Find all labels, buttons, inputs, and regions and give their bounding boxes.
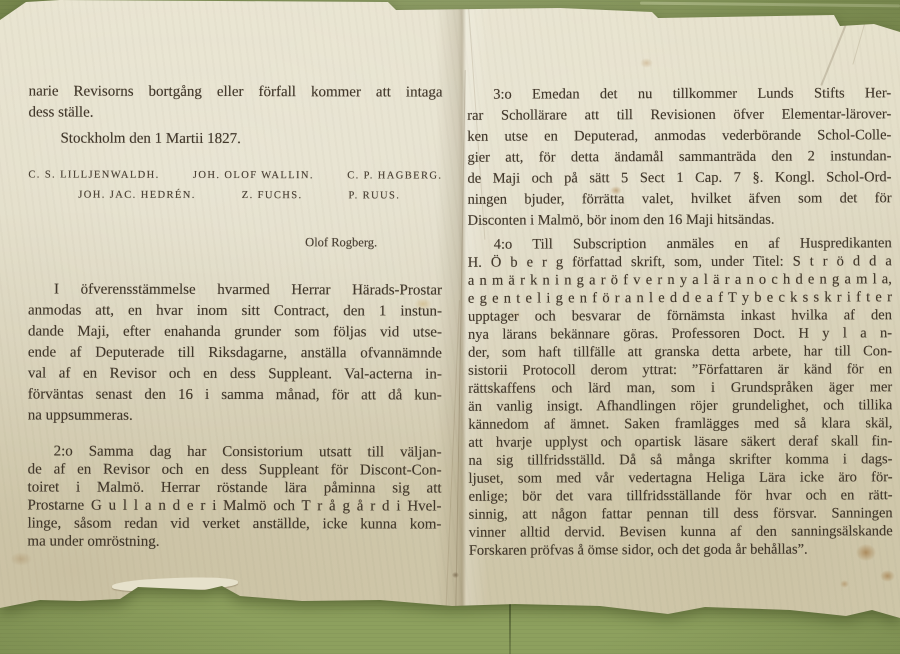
text-line: na uppsummeras. — [28, 405, 442, 427]
paragraph-continuation: narie Revisorns bortgång eller förfall k… — [29, 81, 443, 124]
signature-name: C. P. HAGBERG. — [347, 170, 442, 181]
text-line: 4:o Till Subscription anmäles en af Husp… — [468, 234, 892, 253]
text-line: kännedom af ämnet. Saken framlägges med … — [468, 414, 892, 433]
signature-name: Z. FUCHS. — [242, 190, 303, 201]
signature-name: JOH. OLOF WALLIN. — [193, 170, 314, 181]
text-line: ken utse en Deputerad, anmodas vederböra… — [467, 125, 891, 147]
text-line: toiret i Malmö. Herrar röstande lära påm… — [28, 478, 442, 497]
text-line: narie Revisorns bortgång eller förfall k… — [29, 81, 443, 103]
text-line: rättskaffens och lärd man, som i Grundsp… — [468, 378, 892, 397]
signature-name: C. S. LILLJENWALDH. — [28, 169, 159, 180]
text-line: a n m ä r k n i n g a r ö f v e r n y a … — [468, 270, 892, 289]
text-line: e g e n t e l i g e n f ö r a n l e d d … — [468, 288, 892, 307]
text-line: dess ställe. — [29, 102, 443, 124]
text-line: att hvarje upplyst och opartisk läsare s… — [468, 432, 892, 451]
text-line: gier att, för detta ändamål sammanträda … — [467, 146, 891, 168]
text-line: sistorii Protocoll derom yttrat: ”Förfat… — [468, 360, 892, 379]
text-line: de Maji och på sätt 5 Sect 1 Cap. 7 §. K… — [467, 167, 891, 189]
paragraph-3: 3:o Emedan det nu tillkommer Lunds Stift… — [467, 83, 892, 231]
text-line: dande Maji, efter enahanda grunder som f… — [28, 321, 442, 343]
signature-row-1: C. S. LILLJENWALDH. JOH. OLOF WALLIN. C.… — [28, 169, 442, 181]
text-line: än vanlig insigt. Afhandlingen röjer gru… — [468, 396, 892, 415]
secretary-signature: Olof Rogberg. — [305, 235, 442, 250]
paragraph-1: I öfverensstämmelse hvarmed Herrar Härad… — [28, 279, 442, 427]
text-line: sinnig, att någon fattar pennan till des… — [469, 504, 893, 523]
left-page: narie Revisorns bortgång eller förfall k… — [27, 81, 442, 551]
text-line: ljuset, som med vår vedertagna Heliga Lä… — [469, 468, 893, 487]
signature-name: JOH. JAC. HEDRÉN. — [78, 190, 195, 201]
text-line: vinner alltid dervid. Bevisen kunna af d… — [469, 522, 893, 541]
text-line: ende af Deputerade till Riksdagarne, ans… — [28, 342, 442, 364]
text-line: der, som haft tillfälle att granska dett… — [468, 342, 892, 361]
signature-row-2: JOH. JAC. HEDRÉN. Z. FUCHS. P. RUUS. — [28, 189, 400, 201]
text-line: upptager och besvarar de förnämsta inkas… — [468, 306, 892, 325]
text-line: 2:o Samma dag har Consistorium utsatt ti… — [28, 442, 442, 461]
text-line: val af en Revisor och en dess Suppleant.… — [28, 363, 442, 385]
text-line: I öfverensstämmelse hvarmed Herrar Härad… — [28, 279, 442, 301]
text-line: Prostarne G u l l a n d e r i Malmö och … — [27, 496, 441, 515]
text-line: enlige; bör det vara tillfridsställande … — [469, 486, 893, 505]
text-line: Disconten i Malmö, bör inom den 16 Maji … — [468, 209, 892, 231]
text-line: 3:o Emedan det nu tillkommer Lunds Stift… — [467, 83, 891, 105]
paragraph-2: 2:o Samma dag har Consistorium utsatt ti… — [27, 442, 441, 551]
paper-sheet: narie Revisorns bortgång eller förfall k… — [0, 0, 900, 632]
paper-wrapper: narie Revisorns bortgång eller förfall k… — [0, 0, 900, 654]
signature-name: P. RUUS. — [349, 190, 401, 201]
text-line: ningen bjuder, förrätta valet, hvilket ä… — [468, 188, 892, 210]
dateline: Stockholm den 1 Martii 1827. — [28, 128, 442, 150]
text-line: ma under omröstning. — [27, 532, 441, 551]
text-line: de af en Revisor och en dess Suppleant f… — [28, 460, 442, 479]
text-line: Forskaren pröfvas å ömse sidor, och det … — [469, 540, 893, 559]
text-line: H. Ö b e r g författad skrift, som, unde… — [468, 252, 892, 271]
text-line: linge, såsom redan vid verket anställde,… — [27, 514, 441, 533]
paragraph-4: 4:o Till Subscription anmäles en af Husp… — [468, 234, 893, 559]
right-page: 3:o Emedan det nu tillkommer Lunds Stift… — [467, 83, 893, 559]
text-line: anmodas att, en hvar inom sitt Contract,… — [28, 300, 442, 322]
text-line: rar Schollärare att till Revisionen öfve… — [467, 104, 891, 126]
text-line: nya lärans bekännare göras. Professoren … — [468, 324, 892, 343]
scanned-document: narie Revisorns bortgång eller förfall k… — [0, 0, 900, 654]
text-line: na sig tillfridsställd. Då så många skri… — [468, 450, 892, 469]
text-line: förväntas senast den 16 i samma månad, f… — [28, 384, 442, 406]
